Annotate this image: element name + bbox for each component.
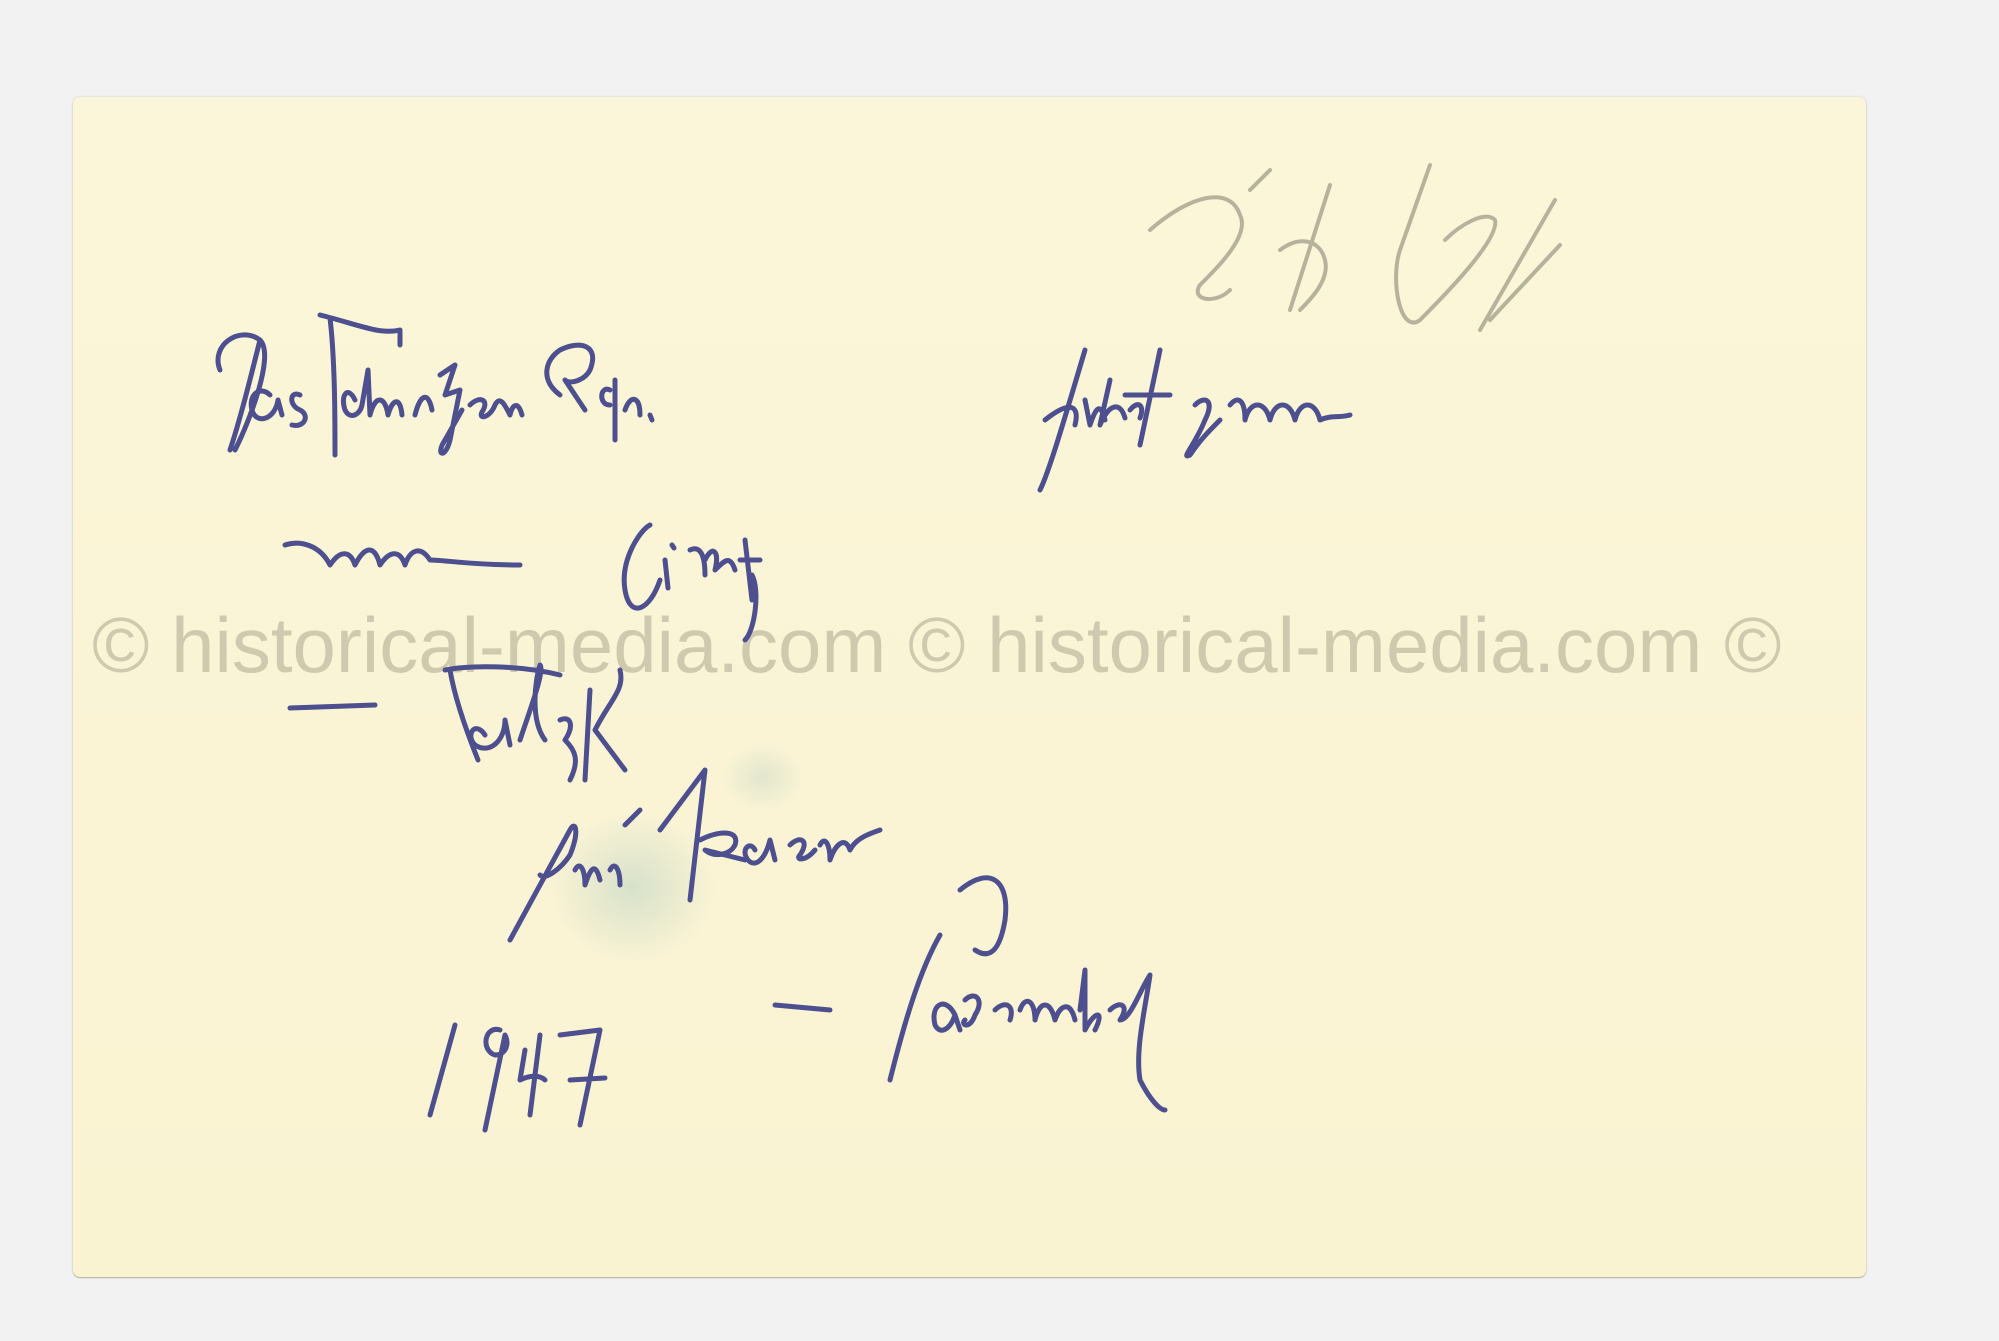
handwriting-ink	[0, 0, 1999, 1341]
